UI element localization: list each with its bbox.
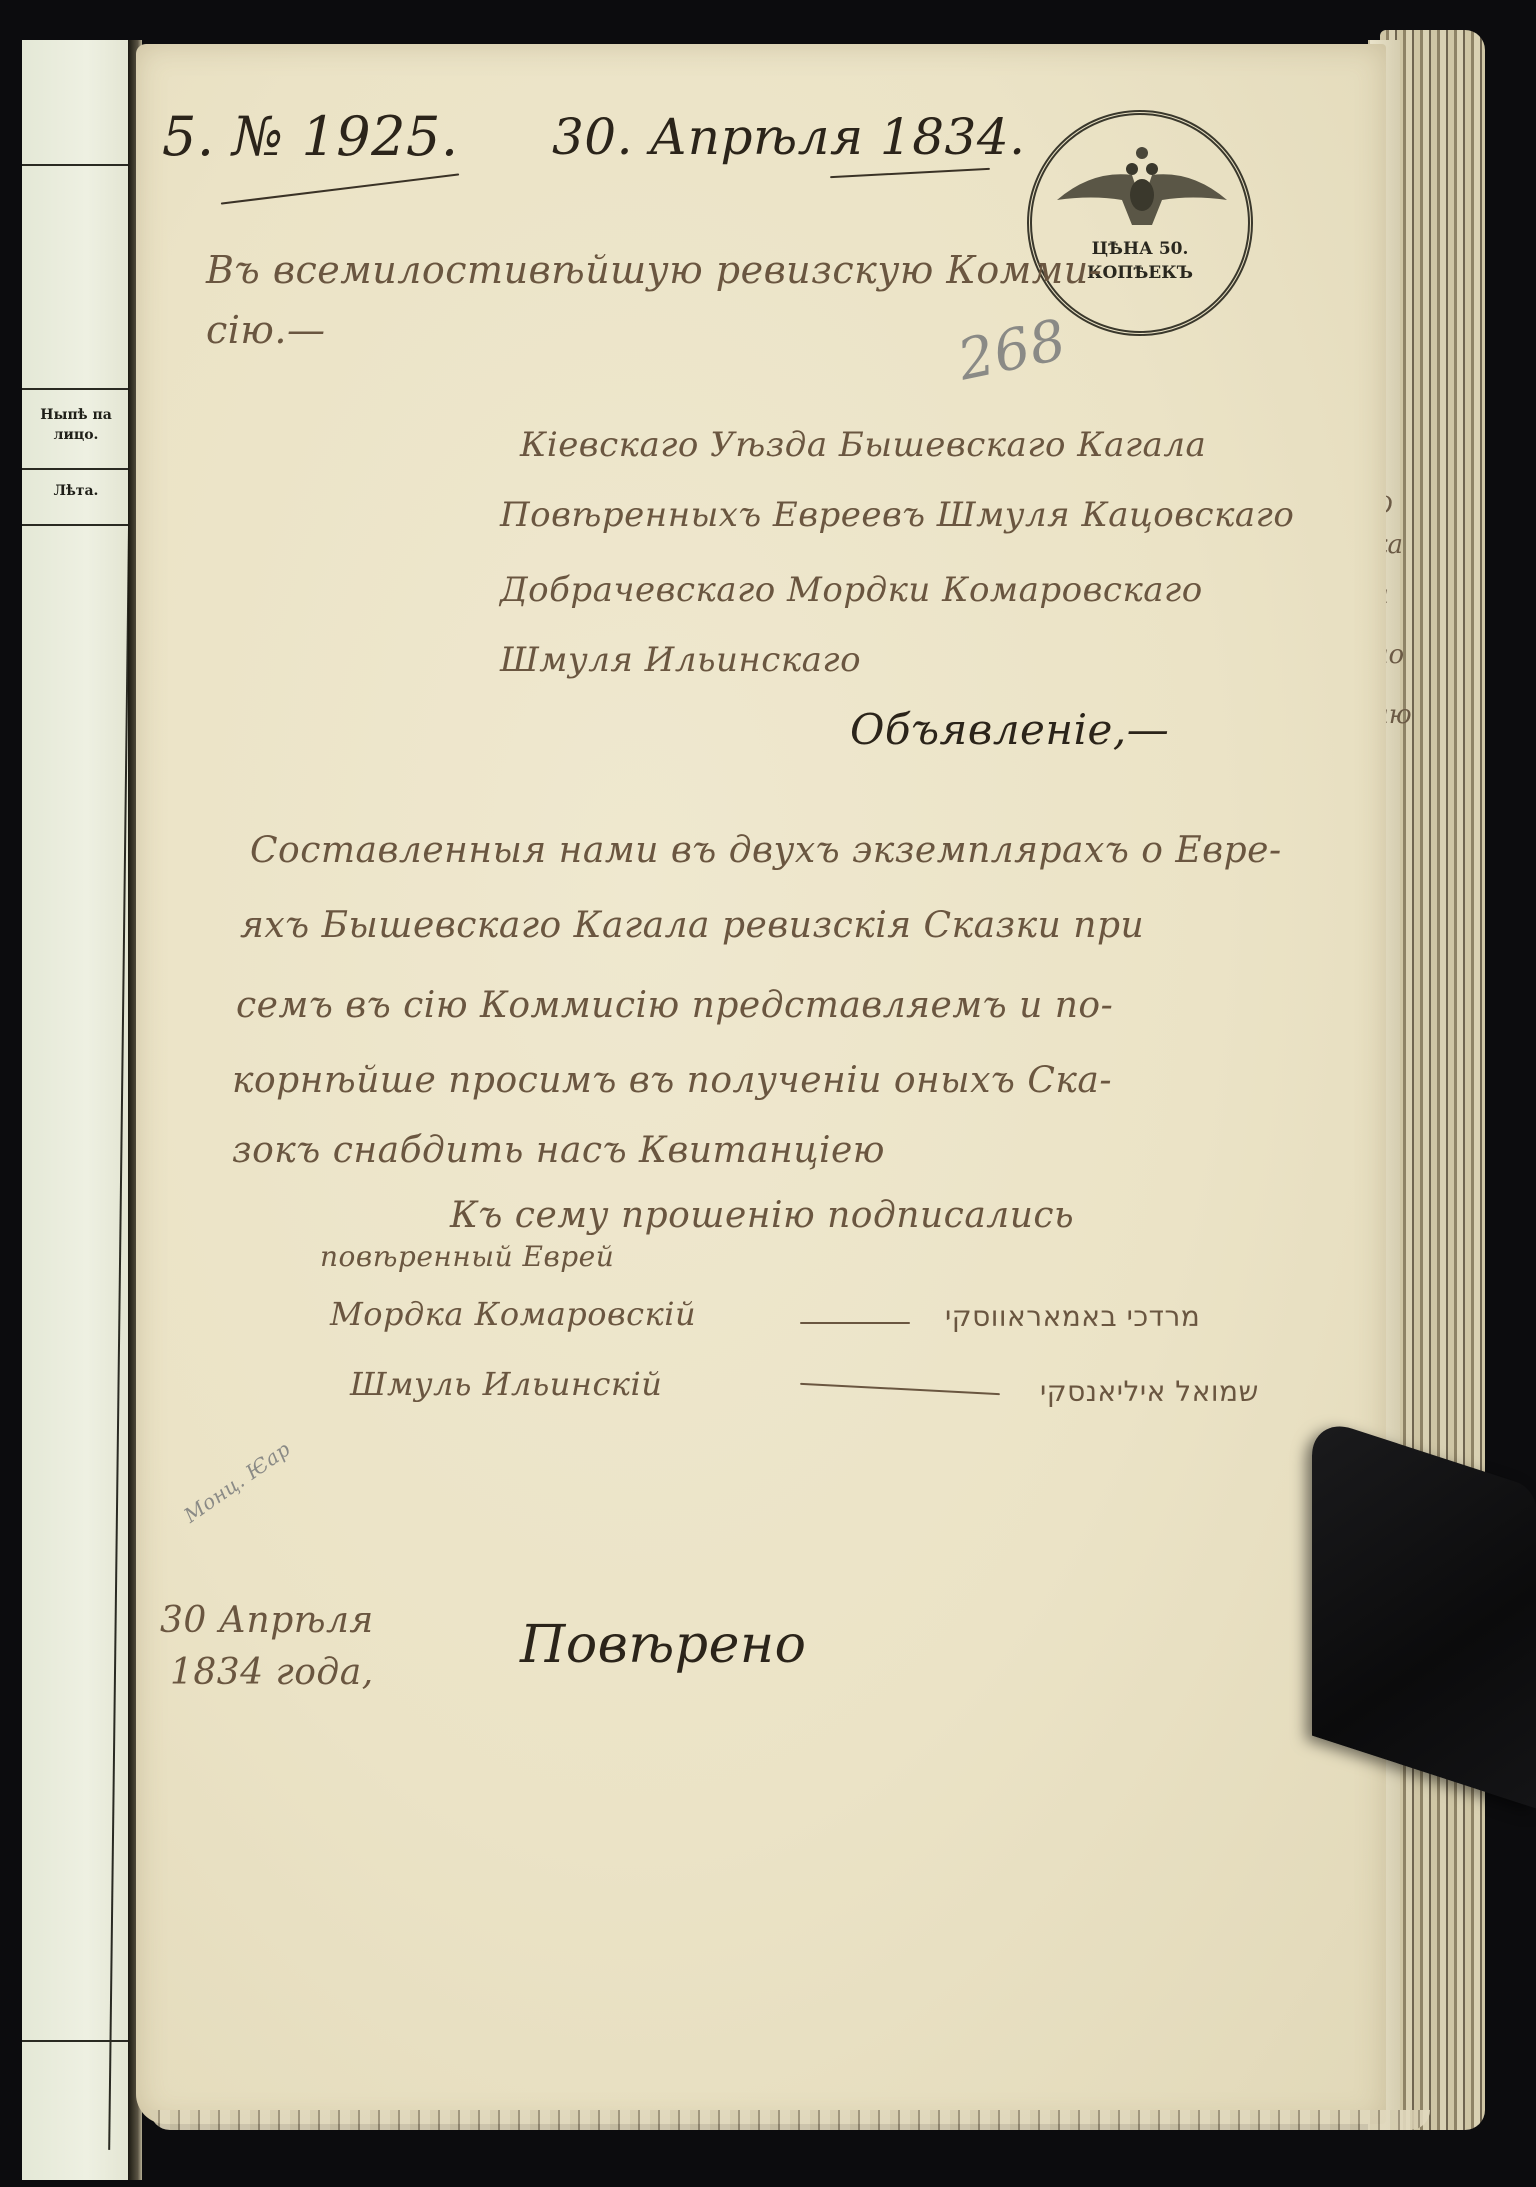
form-rule bbox=[22, 388, 137, 390]
form-rule bbox=[22, 468, 137, 470]
signature-intro: Къ сему прошенію подписались bbox=[450, 1195, 1074, 1236]
body-line: зокъ снабдить насъ Квитанціею bbox=[232, 1130, 885, 1171]
sender-line: Кіевскаго Уѣзда Бышевскаго Кагала bbox=[520, 425, 1206, 465]
signer-name: Мордка Комаровскій bbox=[330, 1295, 696, 1333]
signer-hebrew-signature: שמואל איליאנסקי bbox=[1040, 1375, 1259, 1408]
left-facing-page: Ныпѣ па лицо. Лѣта. bbox=[22, 40, 130, 2180]
signer-name: Шмуль Ильинскій bbox=[350, 1365, 662, 1403]
verified-signature: Повѣрено bbox=[520, 1615, 806, 1675]
body-line: семъ въ сію Коммисію представляемъ и по- bbox=[236, 985, 1113, 1026]
addressee-line: Въ всемилостивѣйшую ревизскую Комми- bbox=[206, 248, 1102, 292]
addressee-line: сію.— bbox=[206, 308, 325, 352]
form-cell-label: Ныпѣ па лицо. bbox=[22, 406, 130, 445]
document-title: Объявленіе,— bbox=[850, 705, 1169, 754]
form-rule bbox=[22, 164, 137, 166]
sender-line: Повѣренныхъ Евреевъ Шмуля Кацовскаго bbox=[500, 495, 1294, 535]
footer-date-year: 1834 года, bbox=[170, 1652, 374, 1693]
signature-dash bbox=[800, 1322, 910, 1324]
footer-date-day: 30 Апрѣля bbox=[160, 1600, 374, 1641]
page-bottom-edge bbox=[150, 2110, 1430, 2130]
form-rule bbox=[22, 2040, 137, 2042]
form-rule bbox=[22, 524, 137, 526]
signer-hebrew-signature: מרדכי באמאראווסקי bbox=[945, 1300, 1200, 1333]
form-cell-label: Лѣта. bbox=[22, 482, 130, 502]
body-line: яхъ Бышевскаго Кагала ревизскія Сказки п… bbox=[240, 905, 1144, 946]
signature-intro-role: повѣренный Еврей bbox=[320, 1240, 614, 1273]
body-line: Составленныя нами въ двухъ экземплярахъ … bbox=[250, 830, 1282, 871]
sender-line: Добрачевскаго Мордки Комаровскаго bbox=[500, 570, 1203, 610]
body-line: корнѣйше просимъ въ полученіи оныхъ Ска- bbox=[232, 1060, 1112, 1101]
document-number: 5. № 1925. bbox=[162, 105, 459, 168]
sender-line: Шмуля Ильинскаго bbox=[500, 640, 861, 680]
document-date: 30. Апрѣля 1834. bbox=[552, 108, 1026, 166]
double-headed-eagle-icon bbox=[1052, 145, 1232, 235]
revenue-stamp: ЦѢНА 50. КОПѢЕКЪ bbox=[1027, 110, 1253, 336]
